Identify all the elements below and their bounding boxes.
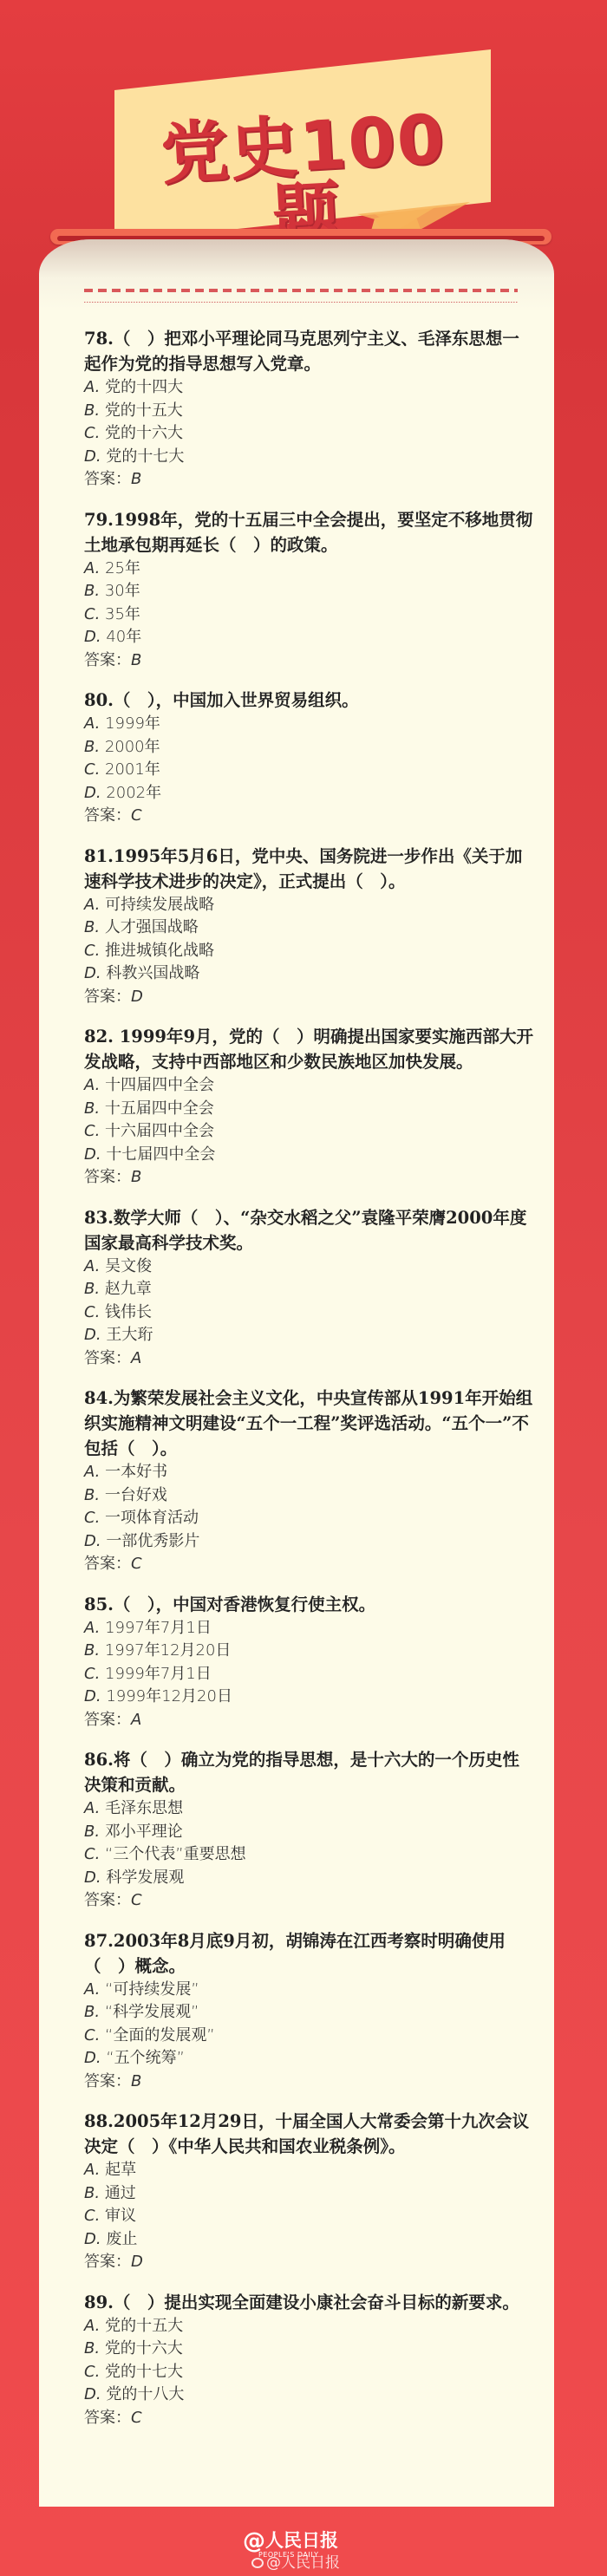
option-text: 十五届四中全会: [105, 1099, 214, 1118]
option-letter: C.: [84, 760, 100, 779]
answer-option: B. 党的十五大: [84, 400, 535, 423]
answer-line: 答案：C: [84, 805, 535, 828]
question-stem: 87.2003年8月底9月初，胡锦涛在江西考察时明确使用（ ）概念。: [84, 1928, 535, 1979]
option-text: 废止: [106, 2230, 137, 2248]
answer-label: 答案：: [84, 1555, 131, 1573]
option-letter: D.: [84, 447, 101, 466]
option-letter: A.: [84, 1799, 100, 1817]
option-letter: D.: [84, 1687, 101, 1705]
weibo-icon: [251, 2558, 264, 2568]
answer-option: A. 毛泽东思想: [84, 1797, 535, 1821]
answer-value: B: [131, 1168, 141, 1186]
option-text: “全面的发展观”: [105, 2026, 215, 2044]
option-letter: C.: [84, 2026, 100, 2044]
option-text: 党的十七大: [106, 447, 184, 466]
option-letter: D.: [84, 1326, 101, 1344]
option-letter: D.: [84, 2385, 101, 2403]
answer-option: C. 十六届四中全会: [84, 1120, 535, 1144]
question-stem: 83.数学大师（ ）、“杂交水稻之父”袁隆平荣膺2000年度国家最高科学技术奖。: [84, 1205, 535, 1255]
option-letter: A.: [84, 1076, 100, 1094]
answer-option: B. 邓小平理论: [84, 1821, 535, 1844]
question-list: 78.（ ）把邓小平理论同马克思列宁主义、毛泽东思想一起作为党的指导思想写入党章…: [84, 326, 535, 2445]
option-text: 党的十五大: [105, 2317, 183, 2335]
option-text: 1999年: [105, 714, 160, 733]
option-text: 十六届四中全会: [105, 1122, 214, 1140]
answer-value: D: [131, 988, 143, 1006]
answer-option: B. 1997年12月20日: [84, 1640, 535, 1663]
option-letter: A.: [84, 1463, 100, 1481]
paper-curl-shadow: [39, 239, 554, 309]
answer-option: D. 党的十七大: [84, 446, 535, 469]
option-text: 审议: [105, 2207, 136, 2225]
answer-option: A. 1997年7月1日: [84, 1617, 535, 1640]
question-stem: 88.2005年12月29日，十届全国人大常委会第十九次会议决定（ ）《中华人民…: [84, 2109, 535, 2159]
option-text: 1997年7月1日: [105, 1619, 212, 1637]
question-item: 88.2005年12月29日，十届全国人大常委会第十九次会议决定（ ）《中华人民…: [84, 2109, 535, 2274]
option-letter: D.: [84, 2049, 101, 2067]
option-letter: B.: [84, 2184, 100, 2202]
logo-text: 人民日报: [265, 2530, 338, 2551]
dotted-divider: [84, 302, 518, 303]
option-letter: B.: [84, 1641, 100, 1660]
option-text: 35年: [105, 605, 140, 623]
option-letter: C.: [84, 424, 100, 442]
question-item: 85.（ ），中国对香港恢复行使主权。A. 1997年7月1日B. 1997年1…: [84, 1592, 535, 1732]
option-text: 1997年12月20日: [105, 1641, 232, 1660]
answer-line: 答案：A: [84, 1347, 535, 1371]
answer-option: D. 1999年12月20日: [84, 1686, 535, 1709]
answer-option: C. 钱伟长: [84, 1301, 535, 1325]
option-text: 科教兴国战略: [106, 964, 199, 982]
option-letter: D.: [84, 1868, 101, 1887]
people-daily-watermark: @人民日报 PEOPLE'S DAILY @人民日报: [243, 2530, 373, 2573]
answer-option: B. “科学发展观”: [84, 2001, 535, 2025]
question-stem: 85.（ ），中国对香港恢复行使主权。: [84, 1592, 535, 1617]
answer-value: D: [131, 2253, 143, 2271]
answer-line: 答案：B: [84, 649, 535, 673]
option-text: 十四届四中全会: [105, 1076, 214, 1094]
option-text: 邓小平理论: [105, 1823, 183, 1841]
option-letter: C.: [84, 1303, 100, 1321]
answer-line: 答案：C: [84, 1553, 535, 1576]
option-letter: C.: [84, 2207, 100, 2225]
answer-option: D. 废止: [84, 2228, 535, 2252]
weibo-handle-text: @人民日报: [266, 2554, 340, 2572]
answer-option: D. “五个统筹”: [84, 2047, 535, 2071]
option-letter: A.: [84, 2317, 100, 2335]
answer-option: D. 科学发展观: [84, 1867, 535, 1890]
option-text: “可持续发展”: [105, 1980, 199, 1999]
answer-option: A. 吴文俊: [84, 1255, 535, 1279]
answer-option: D. 40年: [84, 626, 535, 649]
option-text: “三个代表”重要思想: [105, 1845, 246, 1863]
answer-option: D. 党的十八大: [84, 2384, 535, 2407]
option-letter: C.: [84, 1509, 100, 1527]
question-item: 82. 1999年9月，党的（ ）明确提出国家要实施西部大开发战略，支持中西部地…: [84, 1024, 535, 1190]
answer-option: A. 1999年: [84, 713, 535, 736]
option-letter: A.: [84, 714, 100, 733]
option-letter: A.: [84, 1980, 100, 1999]
option-letter: B.: [84, 1099, 100, 1118]
answer-option: B. 十五届四中全会: [84, 1098, 535, 1121]
answer-option: D. 王大珩: [84, 1324, 535, 1347]
option-letter: C.: [84, 1122, 100, 1140]
answer-option: A. 25年: [84, 558, 535, 581]
option-text: “五个统筹”: [106, 2049, 185, 2067]
answer-label: 答案：: [84, 806, 131, 825]
answer-label: 答案：: [84, 2409, 131, 2427]
question-stem: 82. 1999年9月，党的（ ）明确提出国家要实施西部大开发战略，支持中西部地…: [84, 1024, 535, 1074]
dashed-divider: [84, 289, 518, 292]
answer-value: A: [131, 1349, 141, 1367]
option-text: 通过: [105, 2184, 136, 2202]
question-stem: 80.（ ），中国加入世界贸易组织。: [84, 688, 535, 713]
option-letter: B.: [84, 582, 100, 600]
option-text: 可持续发展战略: [105, 896, 214, 914]
weibo-handle: @人民日报: [251, 2554, 340, 2572]
option-letter: D.: [84, 1532, 101, 1550]
answer-option: C. 审议: [84, 2205, 535, 2228]
answer-line: 答案：D: [84, 2251, 535, 2274]
answer-value: C: [131, 1555, 142, 1573]
option-letter: D.: [84, 784, 101, 802]
answer-option: C. 2001年: [84, 759, 535, 782]
question-item: 84.为繁荣发展社会主义文化，中央宣传部从1991年开始组织实施精神文明建设“五…: [84, 1386, 535, 1576]
answer-line: 答案：D: [84, 986, 535, 1009]
answer-option: C. “全面的发展观”: [84, 2025, 535, 2048]
answer-label: 答案：: [84, 2072, 131, 2090]
question-item: 86.将（ ）确立为党的指导思想，是十六大的一个历史性决策和贡献。A. 毛泽东思…: [84, 1747, 535, 1913]
option-text: 王大珩: [106, 1326, 153, 1344]
option-text: 十七届四中全会: [106, 1145, 215, 1164]
option-letter: A.: [84, 1257, 100, 1275]
answer-option: B. 通过: [84, 2182, 535, 2206]
option-text: 推进城镇化战略: [105, 942, 214, 960]
option-letter: B.: [84, 401, 100, 420]
answer-label: 答案：: [84, 1891, 131, 1909]
answer-line: 答案：B: [84, 468, 535, 492]
option-text: 一台好戏: [105, 1486, 167, 1504]
question-item: 79.1998年，党的十五届三中全会提出，要坚定不移地贯彻土地承包期再延长（ ）…: [84, 507, 535, 673]
question-item: 89.（ ）提出实现全面建设小康社会奋斗目标的新要求。A. 党的十五大B. 党的…: [84, 2290, 535, 2430]
answer-option: D. 十七届四中全会: [84, 1144, 535, 1167]
option-text: 一项体育活动: [105, 1509, 199, 1527]
answer-label: 答案：: [84, 470, 131, 488]
question-item: 81.1995年5月6日，党中央、国务院进一步作出《关于加速科学技术进步的决定》…: [84, 844, 535, 1009]
option-text: 吴文俊: [105, 1257, 152, 1275]
question-stem: 89.（ ）提出实现全面建设小康社会奋斗目标的新要求。: [84, 2290, 535, 2315]
option-letter: B.: [84, 1280, 100, 1298]
option-text: 科学发展观: [106, 1868, 184, 1887]
option-text: 党的十七大: [105, 2363, 183, 2381]
option-letter: A.: [84, 559, 100, 577]
answer-option: D. 一部优秀影片: [84, 1530, 535, 1554]
question-stem: 81.1995年5月6日，党中央、国务院进一步作出《关于加速科学技术进步的决定》…: [84, 844, 535, 894]
option-text: 起草: [105, 2161, 136, 2179]
option-letter: B.: [84, 2003, 100, 2021]
answer-line: 答案：C: [84, 1889, 535, 1913]
answer-option: B. 人才强国战略: [84, 916, 535, 940]
answer-option: A. 十四届四中全会: [84, 1074, 535, 1098]
option-letter: A.: [84, 1619, 100, 1637]
logo-main: @人民日报: [243, 2530, 338, 2552]
option-text: “科学发展观”: [105, 2003, 199, 2021]
option-text: 赵九章: [105, 1280, 152, 1298]
answer-label: 答案：: [84, 651, 131, 669]
answer-label: 答案：: [84, 2253, 131, 2271]
hero-header: 党史100题: [0, 0, 607, 243]
answer-option: B. 赵九章: [84, 1278, 535, 1301]
answer-option: B. 2000年: [84, 736, 535, 760]
question-stem: 79.1998年，党的十五届三中全会提出，要坚定不移地贯彻土地承包期再延长（ ）…: [84, 507, 535, 558]
option-text: 人才强国战略: [105, 918, 199, 936]
answer-option: A. “可持续发展”: [84, 1979, 535, 2002]
answer-option: C. 一项体育活动: [84, 1507, 535, 1530]
answer-line: 答案：A: [84, 1709, 535, 1732]
option-letter: B.: [84, 2339, 100, 2358]
answer-label: 答案：: [84, 1349, 131, 1367]
answer-option: C. 推进城镇化战略: [84, 940, 535, 963]
option-letter: D.: [84, 2230, 101, 2248]
answer-value: A: [131, 1711, 141, 1729]
answer-option: A. 一本好书: [84, 1461, 535, 1484]
question-stem: 86.将（ ）确立为党的指导思想，是十六大的一个历史性决策和贡献。: [84, 1747, 535, 1797]
option-text: 1999年7月1日: [105, 1665, 212, 1683]
answer-value: B: [131, 651, 141, 669]
option-letter: C.: [84, 2363, 100, 2381]
answer-option: A. 可持续发展战略: [84, 894, 535, 917]
option-letter: C.: [84, 1845, 100, 1863]
answer-option: C. 1999年7月1日: [84, 1663, 535, 1686]
option-text: 党的十六大: [105, 424, 183, 442]
option-text: 毛泽东思想: [105, 1799, 183, 1817]
option-letter: B.: [84, 1823, 100, 1841]
option-letter: B.: [84, 918, 100, 936]
option-text: 2000年: [105, 738, 160, 756]
option-text: 党的十六大: [105, 2339, 183, 2358]
answer-value: C: [131, 2409, 142, 2427]
title-banner: 党史100题: [114, 49, 493, 245]
answer-label: 答案：: [84, 988, 131, 1006]
answer-value: C: [131, 806, 142, 825]
option-text: 党的十五大: [105, 401, 183, 420]
answer-option: A. 起草: [84, 2159, 535, 2182]
answer-option: C. 党的十七大: [84, 2361, 535, 2384]
answer-option: C. “三个代表”重要思想: [84, 1843, 535, 1867]
option-text: 40年: [106, 628, 141, 646]
question-stem: 78.（ ）把邓小平理论同马克思列宁主义、毛泽东思想一起作为党的指导思想写入党章…: [84, 326, 535, 376]
answer-option: D. 2002年: [84, 782, 535, 805]
option-letter: C.: [84, 605, 100, 623]
answer-label: 答案：: [84, 1711, 131, 1729]
option-letter: B.: [84, 738, 100, 756]
answer-option: B. 30年: [84, 580, 535, 603]
option-text: 钱伟长: [105, 1303, 152, 1321]
option-letter: C.: [84, 1665, 100, 1683]
option-letter: A.: [84, 2161, 100, 2179]
option-letter: A.: [84, 378, 100, 396]
option-text: 2002年: [106, 784, 161, 802]
option-text: 一部优秀影片: [106, 1532, 199, 1550]
option-text: 党的十八大: [106, 2385, 184, 2403]
option-letter: D.: [84, 628, 101, 646]
option-text: 一本好书: [105, 1463, 167, 1481]
answer-line: 答案：B: [84, 2071, 535, 2094]
question-item: 83.数学大师（ ）、“杂交水稻之父”袁隆平荣膺2000年度国家最高科学技术奖。…: [84, 1205, 535, 1371]
answer-option: C. 党的十六大: [84, 422, 535, 446]
option-text: 2001年: [105, 760, 160, 779]
option-letter: A.: [84, 896, 100, 914]
answer-option: A. 党的十五大: [84, 2315, 535, 2338]
answer-option: A. 党的十四大: [84, 376, 535, 400]
answer-line: 答案：C: [84, 2407, 535, 2430]
option-letter: B.: [84, 1486, 100, 1504]
question-stem: 84.为繁荣发展社会主义文化，中央宣传部从1991年开始组织实施精神文明建设“五…: [84, 1386, 535, 1461]
option-text: 25年: [105, 559, 140, 577]
question-item: 80.（ ），中国加入世界贸易组织。A. 1999年B. 2000年C. 200…: [84, 688, 535, 828]
question-item: 78.（ ）把邓小平理论同马克思列宁主义、毛泽东思想一起作为党的指导思想写入党章…: [84, 326, 535, 492]
answer-value: B: [131, 2072, 141, 2090]
option-text: 1999年12月20日: [106, 1687, 232, 1705]
option-letter: C.: [84, 942, 100, 960]
option-letter: D.: [84, 964, 101, 982]
option-text: 党的十四大: [105, 378, 183, 396]
answer-option: B. 一台好戏: [84, 1484, 535, 1508]
answer-option: B. 党的十六大: [84, 2338, 535, 2361]
answer-line: 答案：B: [84, 1166, 535, 1190]
answer-label: 答案：: [84, 1168, 131, 1186]
option-letter: D.: [84, 1145, 101, 1164]
answer-value: C: [131, 1891, 142, 1909]
option-text: 30年: [105, 582, 140, 600]
answer-value: B: [131, 470, 141, 488]
answer-option: D. 科教兴国战略: [84, 962, 535, 986]
question-item: 87.2003年8月底9月初，胡锦涛在江西考察时明确使用（ ）概念。A. “可持…: [84, 1928, 535, 2094]
answer-option: C. 35年: [84, 603, 535, 627]
